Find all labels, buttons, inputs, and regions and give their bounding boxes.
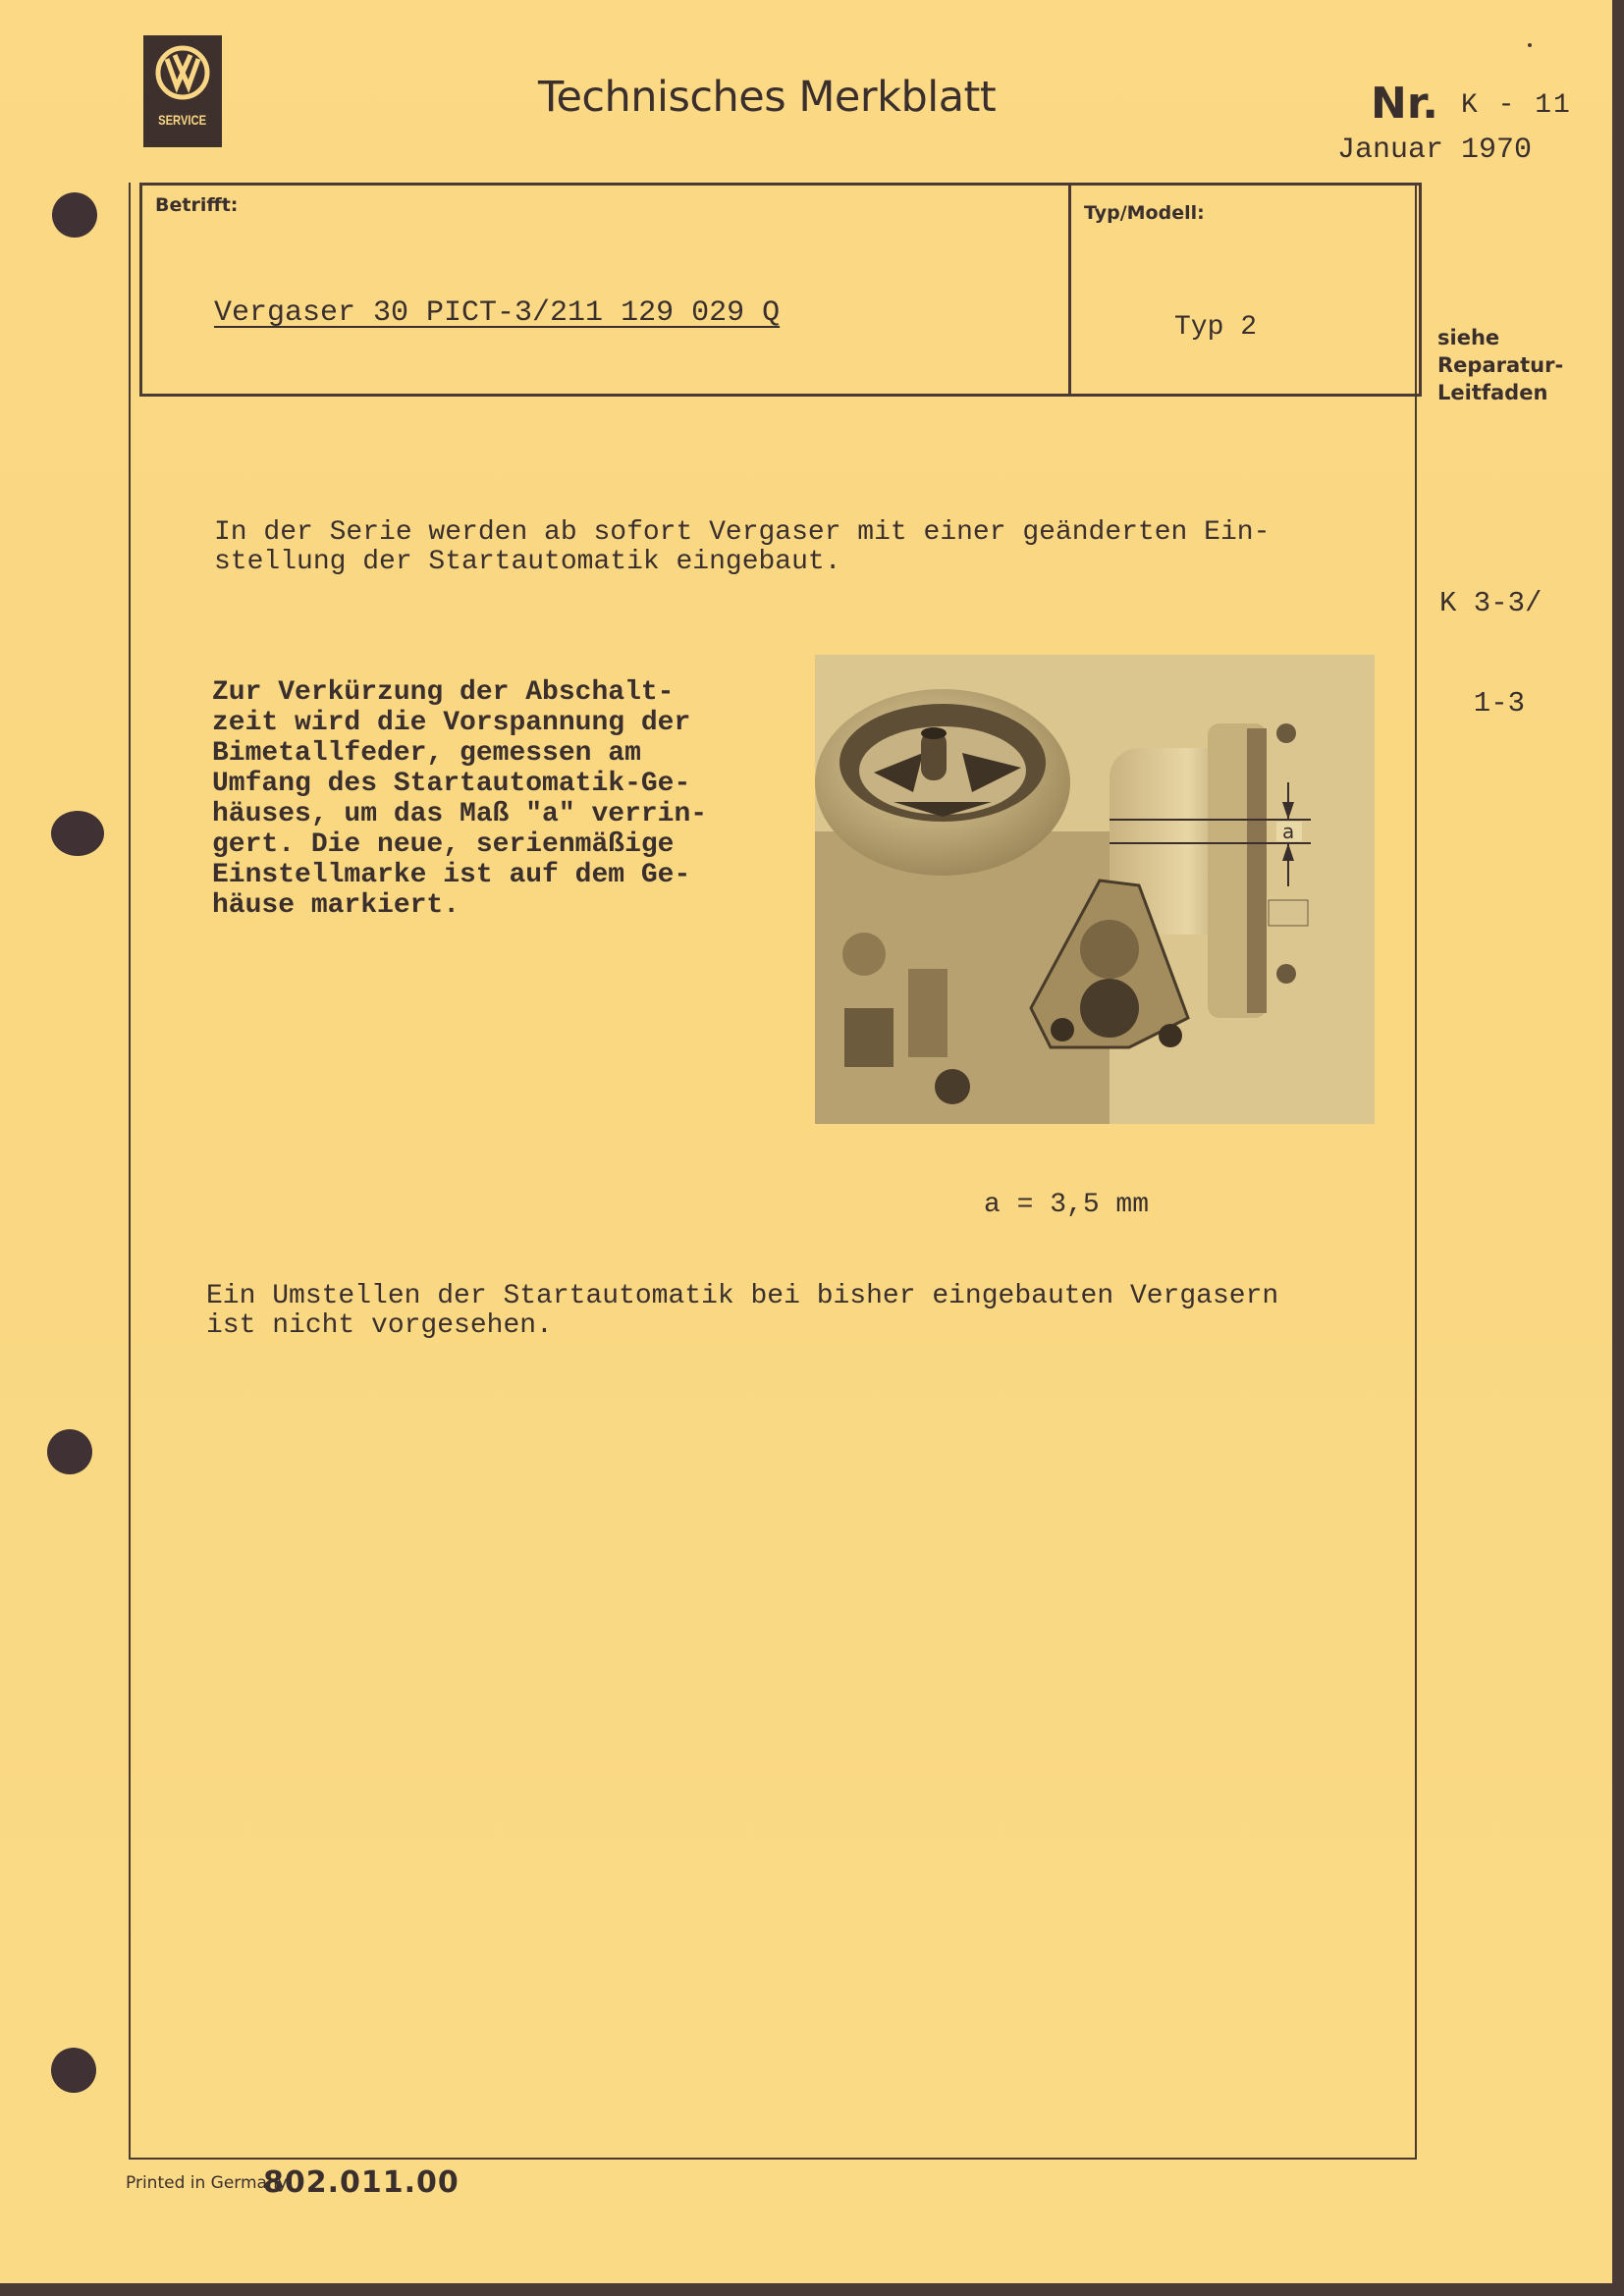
side-reference-line: 1-3	[1439, 687, 1542, 721]
punch-hole	[47, 1429, 92, 1474]
side-note: siehe Reparatur- Leitfaden	[1437, 324, 1563, 406]
document-number: 802.011.00	[263, 2165, 460, 2200]
intro-paragraph: In der Serie werden ab sofort Vergaser m…	[214, 518, 1270, 577]
model-value: Typ 2	[1174, 312, 1257, 343]
subject-box-divider	[1068, 183, 1071, 397]
subject-value: Vergaser 30 PICT-3/211 129 029 Q	[214, 296, 780, 330]
issue-date: Januar 1970	[1337, 133, 1532, 167]
dimension-formula: a = 3,5 mm	[984, 1190, 1149, 1220]
ink-speck	[1528, 43, 1532, 47]
document-page: SERVICE Technisches Merkblatt Nr. K - 11…	[0, 0, 1612, 2283]
side-note-line: siehe	[1437, 324, 1563, 351]
content-frame	[129, 183, 1417, 2160]
closing-paragraph: Ein Umstellen der Startautomatik bei bis…	[206, 1282, 1278, 1341]
number-label: Nr.	[1371, 79, 1438, 129]
subject-box	[139, 183, 1422, 397]
vw-service-logo: SERVICE	[143, 35, 222, 147]
side-note-line: Leitfaden	[1437, 379, 1563, 406]
punch-hole	[52, 192, 97, 238]
punch-hole	[51, 811, 104, 856]
number-value: K - 11	[1461, 90, 1572, 121]
subject-label: Betrifft:	[155, 194, 238, 216]
vw-logo-icon	[153, 43, 212, 102]
page-title: Technisches Merkblatt	[538, 73, 996, 122]
side-note-line: Reparatur-	[1437, 351, 1563, 379]
service-label: SERVICE	[159, 112, 207, 128]
dimension-label: a	[1282, 820, 1294, 843]
model-label: Typ/Modell:	[1084, 202, 1205, 224]
carburetor-illustration: a	[815, 655, 1375, 1124]
side-reference: K 3-3/ 1-3	[1439, 520, 1542, 787]
punch-hole	[51, 2048, 96, 2093]
detail-paragraph: Zur Verkürzung der Abschalt- zeit wird d…	[212, 677, 707, 921]
side-reference-line: K 3-3/	[1439, 587, 1542, 620]
carburetor-photo: a	[815, 655, 1375, 1124]
